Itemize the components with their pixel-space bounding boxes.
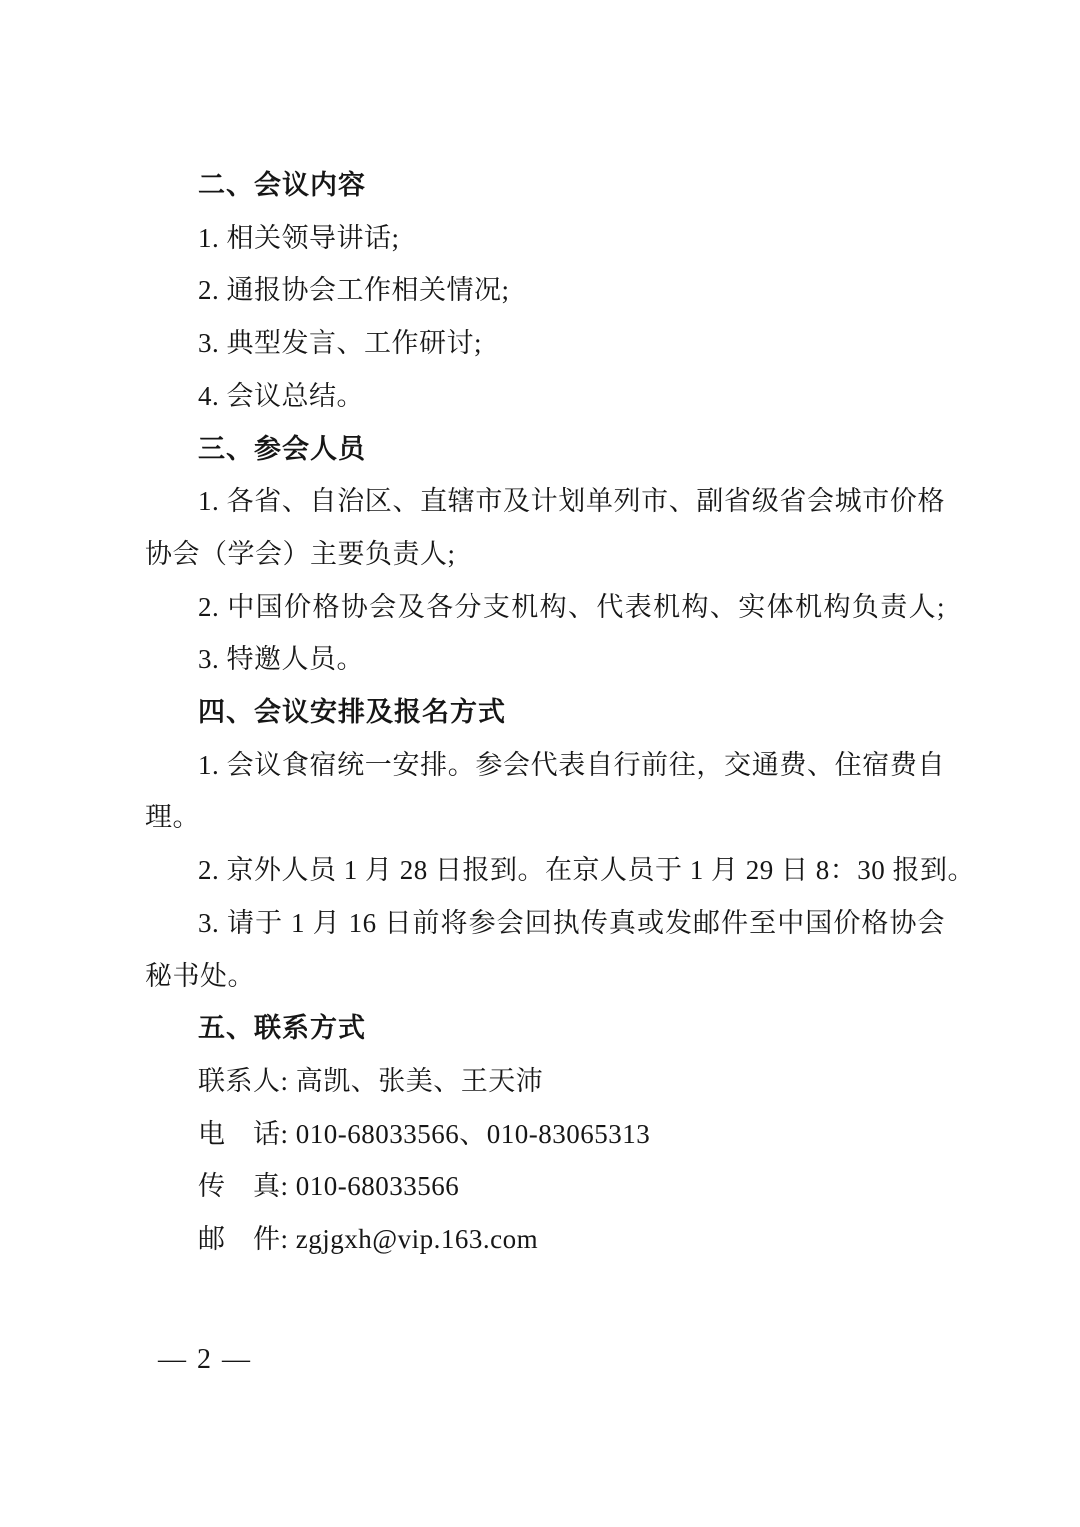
list-item: 1. 各省、自治区、直辖市及计划单列市、副省级省会城市价格 — [145, 475, 945, 528]
section-heading-participants: 三、参会人员 — [145, 423, 945, 476]
list-item: 2. 通报协会工作相关情况; — [145, 264, 945, 317]
document-body: 二、会议内容 1. 相关领导讲话; 2. 通报协会工作相关情况; 3. 典型发言… — [145, 159, 945, 1266]
list-item: 1. 相关领导讲话; — [145, 212, 945, 265]
list-item: 3. 特邀人员。 — [145, 633, 945, 686]
page-number: — 2 — — [158, 1344, 252, 1375]
list-item-continuation: 协会（学会）主要负责人; — [145, 528, 945, 581]
list-item-continuation: 秘书处。 — [145, 950, 945, 1003]
phone-line: 电 话: 010-68033566、010-83065313 — [145, 1108, 945, 1161]
list-item: 1. 会议食宿统一安排。参会代表自行前往，交通费、住宿费自 — [145, 739, 945, 792]
contact-person-line: 联系人: 高凯、张美、王天沛 — [145, 1055, 945, 1108]
list-item: 2. 中国价格协会及各分支机构、代表机构、实体机构负责人; — [145, 581, 945, 634]
list-item: 3. 请于 1 月 16 日前将参会回执传真或发邮件至中国价格协会 — [145, 897, 945, 950]
fax-line: 传 真: 010-68033566 — [145, 1160, 945, 1213]
list-item: 2. 京外人员 1 月 28 日报到。在京人员于 1 月 29 日 8：30 报… — [145, 844, 945, 897]
section-heading-arrangements: 四、会议安排及报名方式 — [145, 686, 945, 739]
list-item-continuation: 理。 — [145, 791, 945, 844]
list-item: 3. 典型发言、工作研讨; — [145, 317, 945, 370]
list-item: 4. 会议总结。 — [145, 370, 945, 423]
email-line: 邮 件: zgjgxh@vip.163.com — [145, 1213, 945, 1266]
page-footer: — 2 — — [158, 1334, 252, 1387]
document-page: 二、会议内容 1. 相关领导讲话; 2. 通报协会工作相关情况; 3. 典型发言… — [0, 0, 1080, 1527]
section-heading-meeting-content: 二、会议内容 — [145, 159, 945, 212]
section-heading-contact: 五、联系方式 — [145, 1002, 945, 1055]
